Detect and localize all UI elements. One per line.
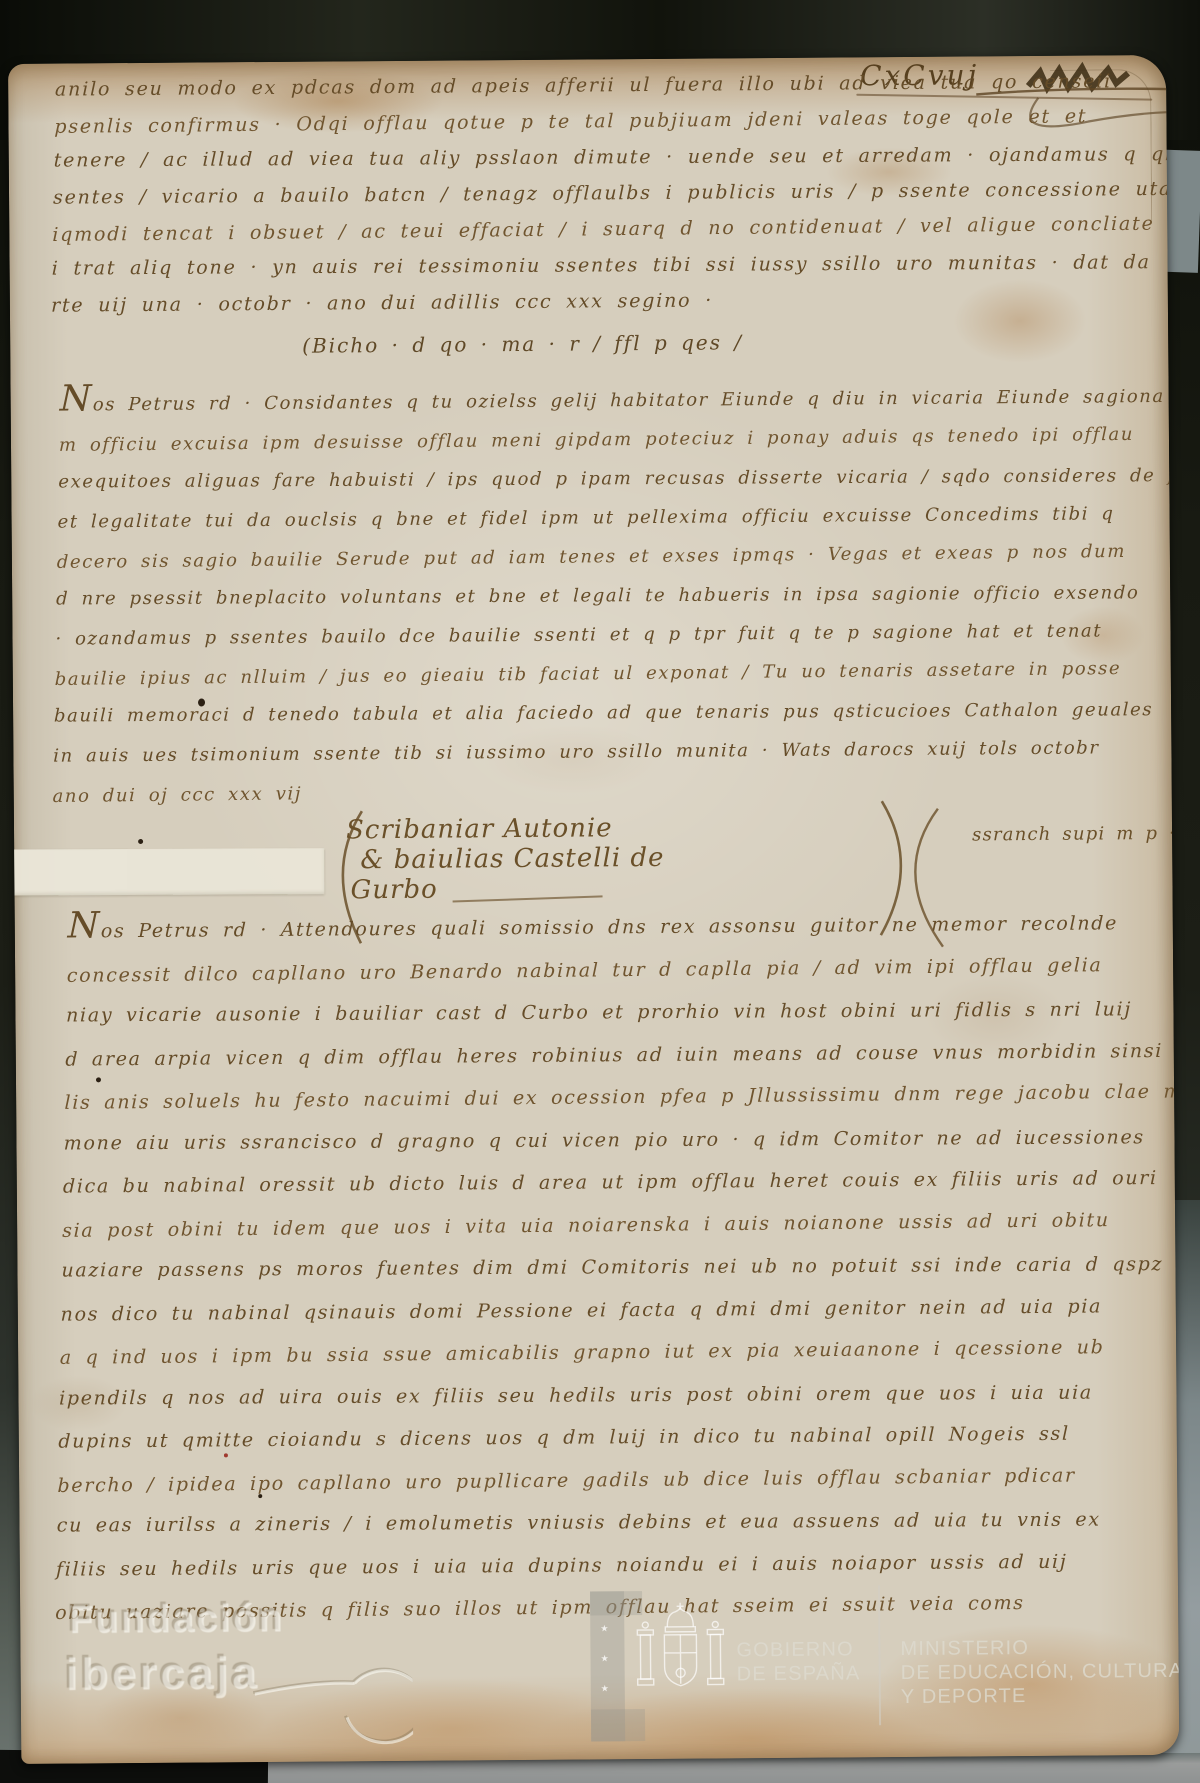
ministry-line1: MINISTERIO — [900, 1635, 1179, 1661]
star-icon: ★ — [601, 1653, 609, 1664]
ministry-line2: DE EDUCACIÓN, CULTURA — [901, 1659, 1180, 1685]
gobierno-line2: DE ESPAÑA — [737, 1661, 861, 1686]
ibercaja-watermark-line1: Fundación — [68, 1596, 283, 1642]
manuscript-line: mone aiu uris ssrancisco d gragno q cui … — [63, 1116, 1124, 1165]
rubric-heading: (Bicho · d qo · ma · r / ffl p qes / — [302, 330, 743, 357]
manuscript-line: ipendils q nos ad uira ouis ex filiis se… — [59, 1371, 1120, 1420]
ibercaja-watermark-line2: ibercaja — [64, 1646, 259, 1700]
star-icon: ★ — [600, 1623, 608, 1634]
manuscript-paragraph-1: anilo seu modo ex pdcas dom ad apeis aff… — [51, 63, 1106, 323]
ink-speck — [198, 698, 205, 706]
gobierno-line1: GOBIERNO — [736, 1637, 860, 1662]
manuscript-line: exequitoes aliguas fare habuisti / ips q… — [58, 456, 1119, 501]
ibercaja-swoosh-icon — [252, 1629, 413, 1750]
ministry-wordmark: MINISTERIO DE EDUCACIÓN, CULTURA Y DEPOR… — [900, 1635, 1179, 1709]
banner-flange — [591, 1709, 645, 1741]
spain-coat-of-arms-icon — [632, 1600, 729, 1705]
star-icon: ★ — [601, 1683, 609, 1694]
watermark-banner-icon: ★ ★ ★ — [590, 1591, 625, 1741]
manuscript-line: cu eas iurilss a zineris / i emolumetis … — [56, 1498, 1117, 1547]
registrum-note-line: Scribaniar Autonie — [346, 813, 664, 845]
registrum-note-line: & baiulias Castelli de — [360, 843, 664, 875]
scanned-manuscript-photo: { "document": { "folio_number": "CxCvuj"… — [0, 0, 1200, 1783]
manuscript-line: d nre psessit bneplacito voluntans et bn… — [56, 573, 1117, 618]
chancery-fee-note: ssranch supi m p · ss p viij · — [972, 822, 1179, 846]
manuscript-paragraph-2: Nos Petrus rd · Considantes q tu ozielss… — [52, 371, 1120, 814]
manuscript-line: uaziare passens ps moros fuentes dim dmi… — [61, 1243, 1122, 1292]
repair-tape-strip — [8, 848, 324, 895]
registrum-note: Scribaniar Autonie & baiulias Castelli d… — [346, 813, 665, 905]
manuscript-line: rte uij una · octobr · ano dui adillis c… — [51, 279, 1102, 323]
ink-speck — [138, 839, 143, 844]
manuscript-page: CxCvuj anilo seu modo ex pdcas dom ad ap… — [8, 55, 1179, 1764]
manuscript-line: niay vicarie ausonie i bauiliar cast d C… — [66, 988, 1127, 1037]
manuscript-line: tenere / ac illud ad viea tua aliy pssla… — [53, 136, 1104, 178]
manuscript-paragraph-3: Nos Petrus rd · Attendoures quali somiss… — [55, 897, 1128, 1633]
ministry-line3: Y DEPORTE — [901, 1683, 1180, 1709]
manuscript-line: bauili memoraci d tenedo tabula et alia … — [54, 690, 1115, 735]
gobierno-wordmark: GOBIERNO DE ESPAÑA — [736, 1637, 860, 1686]
manuscript-line: i trat aliq tone · yn auis rei tessimoni… — [51, 245, 1102, 287]
